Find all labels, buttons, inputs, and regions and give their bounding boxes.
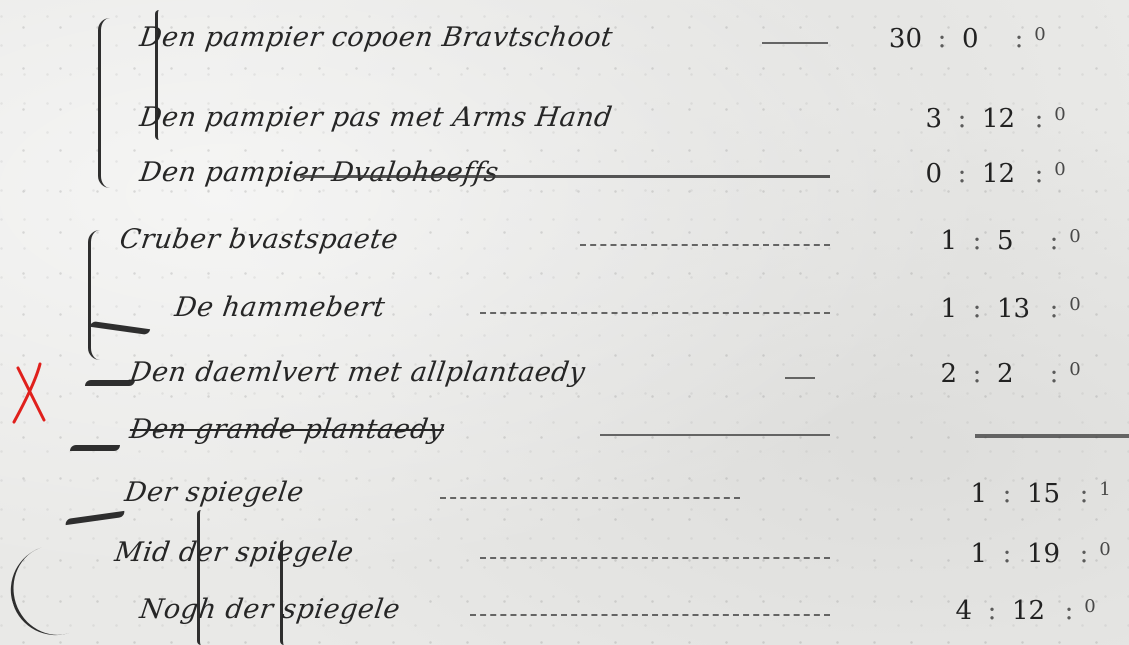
ledger-row: Den pampier copoen Bravtschoot 30 : 0 : …: [0, 20, 1129, 70]
entry-amount: 4 : 12 : 0: [920, 596, 1098, 626]
entry-amount: 1 : 13 : 0: [905, 294, 1083, 324]
separator: :: [972, 596, 1012, 626]
amount-pence: 0: [1067, 359, 1083, 389]
amount-pounds: 1: [935, 539, 987, 569]
entry-amount: 2 : 2 : 0: [905, 359, 1083, 389]
separator: :: [1026, 159, 1052, 189]
entry-amount: 0 : 12 : 0: [890, 159, 1068, 189]
amount-pence: 0: [1052, 159, 1068, 189]
entry-amount: 30 : 0 : 0: [870, 24, 1048, 54]
ledger-row: Den pampier pas met Arms Hand 3 : 12 : 0: [0, 100, 1129, 150]
entry-description: Mid der spiegele: [113, 537, 356, 568]
separator: :: [1041, 359, 1067, 389]
entry-description: Nogh der spiegele: [138, 594, 402, 625]
amount-pounds: 3: [890, 104, 942, 134]
entry-description: Den pampier Dvaloheeffs: [138, 157, 501, 188]
entry-amount: 1 : 19 : 0: [935, 539, 1113, 569]
separator: :: [1071, 479, 1097, 509]
entry-amount: 1 : 5 : 0: [905, 226, 1083, 256]
separator: :: [987, 479, 1027, 509]
amount-pence: 0: [1067, 294, 1083, 324]
separator: :: [987, 539, 1027, 569]
separator: :: [957, 226, 997, 256]
amount-pence: 1: [1097, 479, 1113, 509]
separator: :: [1041, 226, 1067, 256]
amount-shillings: 12: [982, 104, 1026, 134]
amount-pence: 0: [1067, 226, 1083, 256]
amount-pounds: 4: [920, 596, 972, 626]
entry-leader: [785, 377, 815, 379]
amount-shillings: 19: [1027, 539, 1071, 569]
entry-description: Den grande plantaedy: [128, 414, 446, 445]
entry-leader: [600, 434, 830, 436]
separator: :: [922, 24, 962, 54]
entry-description: Cruber bvastspaete: [118, 224, 400, 255]
entry-leader: [470, 614, 830, 616]
separator: :: [1026, 104, 1052, 134]
amount-pounds: 2: [905, 359, 957, 389]
strikethrough-line: [300, 175, 830, 178]
amount-shillings: 15: [1027, 479, 1071, 509]
amount-shillings: 2: [997, 359, 1041, 389]
entry-leader: [480, 312, 830, 314]
ledger-row: Nogh der spiegele 4 : 12 : 0: [0, 592, 1129, 642]
amount-pence: 0: [1082, 596, 1098, 626]
entry-description: Den pampier copoen Bravtschoot: [138, 22, 615, 53]
separator: :: [1071, 539, 1097, 569]
amount-shillings: 12: [982, 159, 1026, 189]
amount-shillings: 0: [962, 24, 1006, 54]
ledger-row: Den pampier Dvaloheeffs 0 : 12 : 0: [0, 155, 1129, 205]
amount-pounds: 1: [905, 226, 957, 256]
ledger-row-marked: Den daemlvert met allplantaedy 2 : 2 : 0: [0, 355, 1129, 405]
entry-amount: 3 : 12 : 0: [890, 104, 1068, 134]
entry-leader: [440, 497, 740, 499]
amount-pounds: 1: [905, 294, 957, 324]
entry-description: Der spiegele: [123, 477, 306, 508]
entry-description: De hammebert: [173, 292, 387, 323]
separator: :: [942, 104, 982, 134]
amount-shillings: 13: [997, 294, 1041, 324]
separator: :: [1006, 24, 1032, 54]
amount-pence: 0: [1097, 539, 1113, 569]
amount-pounds: 0: [890, 159, 942, 189]
amount-pounds: 1: [935, 479, 987, 509]
entry-leader: [480, 557, 830, 559]
ledger-row: Der spiegele 1 : 15 : 1: [0, 475, 1129, 525]
separator: :: [957, 294, 997, 324]
separator: :: [957, 359, 997, 389]
entry-description: Den pampier pas met Arms Hand: [138, 102, 614, 133]
entry-description: Den daemlvert met allplantaedy: [128, 357, 587, 388]
ledger-row: Cruber bvastspaete 1 : 5 : 0: [0, 222, 1129, 272]
separator: :: [1056, 596, 1082, 626]
amount-pence: 0: [1052, 104, 1068, 134]
struck-amount-line: [975, 434, 1129, 438]
amount-pence: 0: [1032, 24, 1048, 54]
amount-pounds: 30: [870, 24, 922, 54]
separator: :: [942, 159, 982, 189]
amount-shillings: 12: [1012, 596, 1056, 626]
entry-leader: [762, 42, 828, 44]
separator: :: [1041, 294, 1067, 324]
entry-leader: [580, 244, 830, 246]
amount-shillings: 5: [997, 226, 1041, 256]
ledger-row-struck: Den grande plantaedy: [0, 412, 1129, 462]
ledger-row: De hammebert 1 : 13 : 0: [0, 290, 1129, 340]
ledger-row: Mid der spiegele 1 : 19 : 0: [0, 535, 1129, 585]
entry-amount: 1 : 15 : 1: [935, 479, 1113, 509]
